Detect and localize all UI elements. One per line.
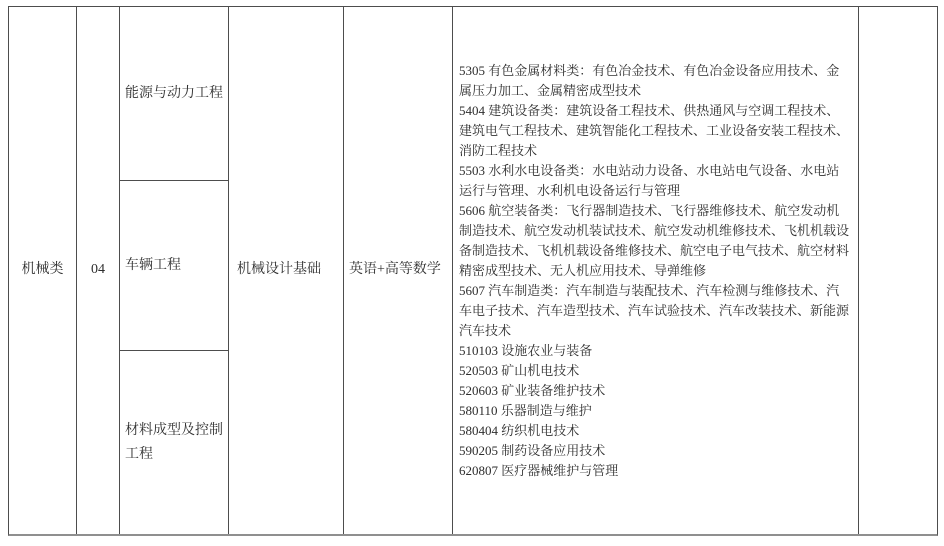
category-cell: 机械类 (9, 7, 77, 534)
eligible-major-entry: 5606 航空装备类：飞行器制造技术、飞行器维修技术、航空发动机制造技术、航空发… (459, 201, 850, 281)
exam-subjects-cell: 英语+高等数学 (344, 7, 453, 534)
undergrad-major-label: 车辆工程 (125, 254, 181, 277)
eligible-major-entry: 5404 建筑设备类：建筑设备工程技术、供热通风与空调工程技术、建筑电气工程技术… (459, 101, 850, 161)
code-label: 04 (91, 259, 105, 281)
base-course-label: 机械设计基础 (237, 259, 321, 281)
eligible-major-entry: 5607 汽车制造类：汽车制造与装配技术、汽车检测与维修技术、汽车电子技术、汽车… (459, 281, 850, 341)
eligible-major-entry: 510103 设施农业与装备 (459, 341, 850, 361)
eligible-major-entry: 580404 纺织机电技术 (459, 421, 850, 441)
document-page: 机械类 04 能源与动力工程 车辆工程 材料成型及控制工程 机械设计基础 英语+… (0, 0, 944, 546)
eligible-majors-cell: 5305 有色金属材料类：有色冶金技术、有色冶金设备应用技术、金属压力加工、金属… (453, 7, 859, 534)
eligible-majors-list: 5305 有色金属材料类：有色冶金技术、有色冶金设备应用技术、金属压力加工、金属… (459, 61, 850, 481)
code-cell: 04 (77, 7, 120, 534)
base-course-cell: 机械设计基础 (229, 7, 344, 534)
eligible-major-entry: 580110 乐器制造与维护 (459, 401, 850, 421)
undergrad-major-vehicle: 车辆工程 (120, 181, 228, 351)
eligible-major-entry: 590205 制药设备应用技术 (459, 441, 850, 461)
category-label: 机械类 (22, 259, 64, 281)
eligible-major-entry: 620807 医疗器械维护与管理 (459, 461, 850, 481)
undergrad-major-label: 材料成型及控制工程 (125, 419, 224, 465)
undergrad-majors-cell: 能源与动力工程 车辆工程 材料成型及控制工程 (120, 7, 229, 534)
undergrad-major-energy-power: 能源与动力工程 (120, 7, 228, 181)
exam-subjects-label: 英语+高等数学 (349, 259, 441, 281)
undergrad-major-label: 能源与动力工程 (125, 82, 223, 105)
undergrad-major-material-forming: 材料成型及控制工程 (120, 351, 228, 534)
eligible-major-entry: 5305 有色金属材料类：有色冶金技术、有色冶金设备应用技术、金属压力加工、金属… (459, 61, 850, 101)
eligible-major-entry: 5503 水利水电设备类：水电站动力设备、水电站电气设备、水电站运行与管理、水利… (459, 161, 850, 201)
remark-cell (859, 7, 937, 534)
eligible-major-entry: 520603 矿业装备维护技术 (459, 381, 850, 401)
eligible-major-entry: 520503 矿山机电技术 (459, 361, 850, 381)
majors-table-row: 机械类 04 能源与动力工程 车辆工程 材料成型及控制工程 机械设计基础 英语+… (8, 6, 938, 536)
